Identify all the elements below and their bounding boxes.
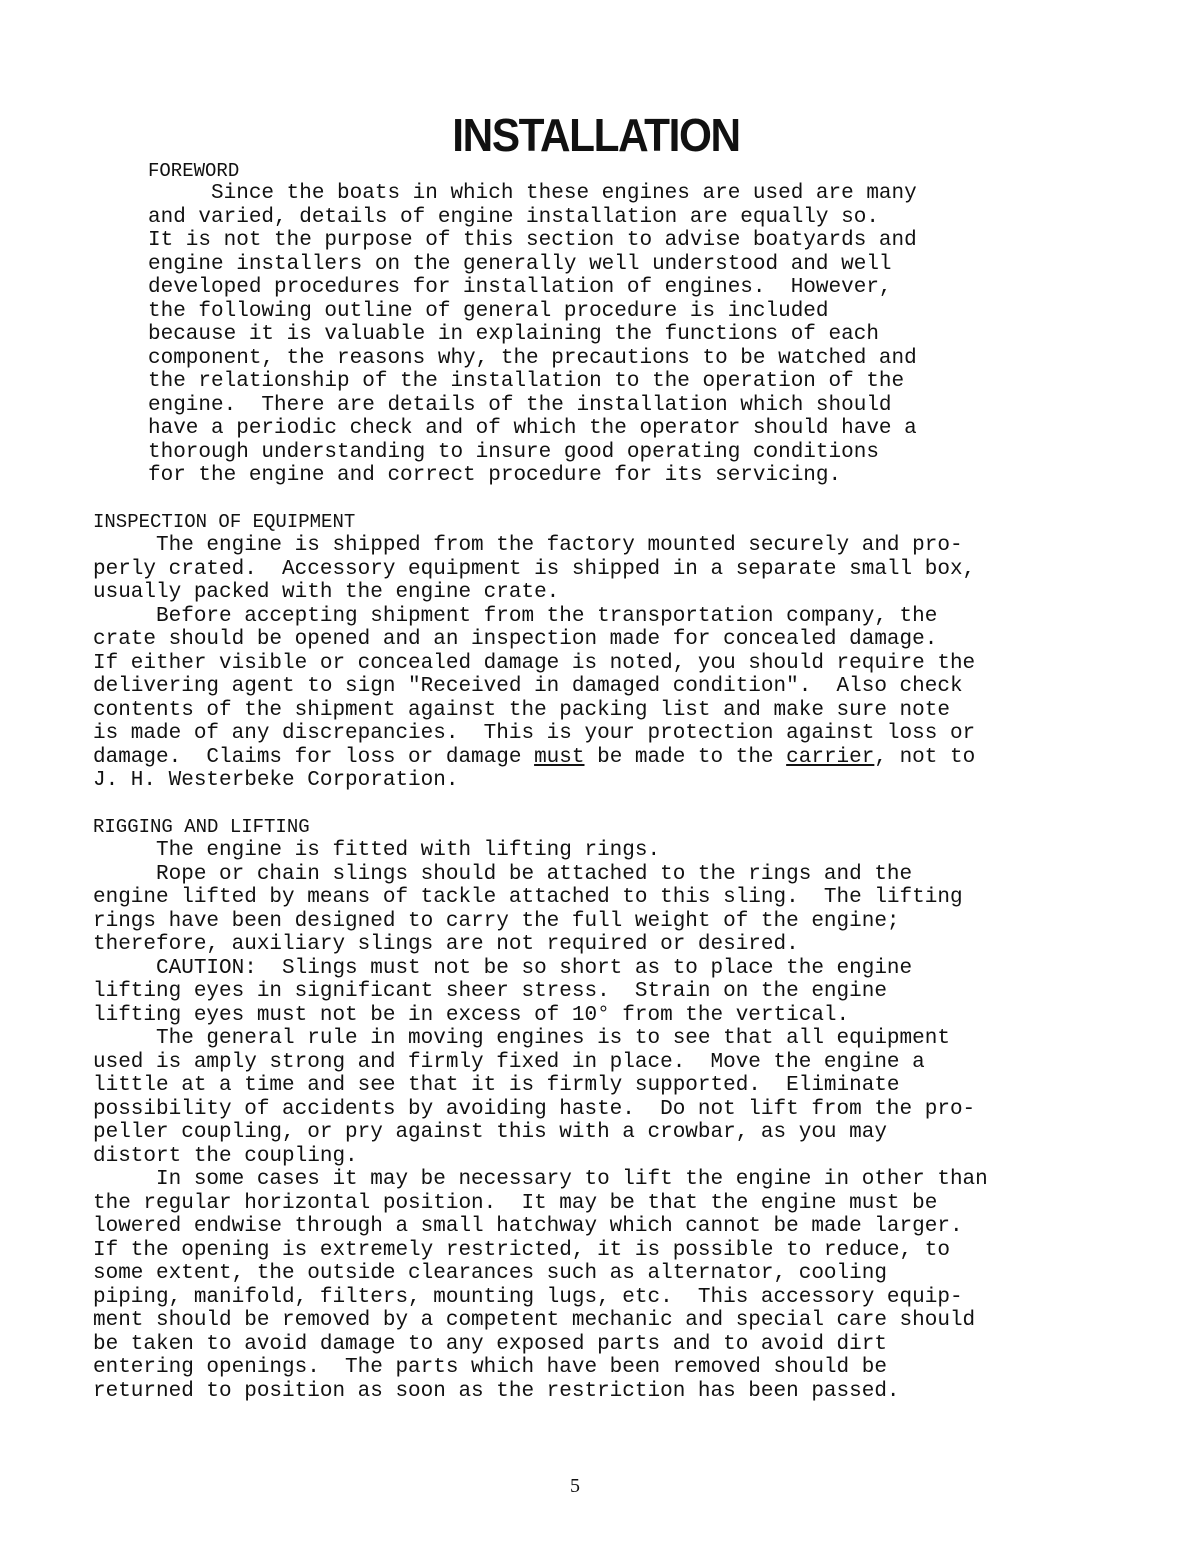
text-line: rings have been designed to carry the fu… [93, 910, 988, 934]
text-line: used is amply strong and firmly fixed in… [93, 1051, 988, 1075]
text-line: The general rule in moving engines is to… [93, 1027, 988, 1051]
emphasis-carrier: carrier [786, 746, 874, 769]
rigging-heading: RIGGING AND LIFTING [93, 816, 310, 838]
text-line: and varied, details of engine installati… [148, 206, 917, 230]
text-line: developed procedures for installation of… [148, 276, 917, 300]
text-line: engine lifted by means of tackle attache… [93, 886, 988, 910]
text-line: If the opening is extremely restricted, … [93, 1239, 988, 1263]
text-line: distort the coupling. [93, 1145, 988, 1169]
text-line: be taken to avoid damage to any exposed … [93, 1333, 988, 1357]
text-line: In some cases it may be necessary to lif… [93, 1168, 988, 1192]
text-line: contents of the shipment against the pac… [93, 699, 975, 723]
claims-line: damage. Claims for loss or damage must b… [93, 746, 975, 770]
text-line: entering openings. The parts which have … [93, 1356, 988, 1380]
text-line: have a periodic check and of which the o… [148, 417, 917, 441]
text-line: lifting eyes must not be in excess of 10… [93, 1004, 988, 1028]
text-line: crate should be opened and an inspection… [93, 628, 975, 652]
text-line: Before accepting shipment from the trans… [93, 605, 975, 629]
text-line: the relationship of the installation to … [148, 370, 917, 394]
text-line: for the engine and correct procedure for… [148, 464, 917, 488]
text-line: Rope or chain slings should be attached … [93, 863, 988, 887]
text-line: lowered endwise through a small hatchway… [93, 1215, 988, 1239]
text-line: returned to position as soon as the rest… [93, 1380, 988, 1404]
foreword-body: Since the boats in which these engines a… [148, 182, 917, 488]
text-line: delivering agent to sign "Received in da… [93, 675, 975, 699]
text-line: peller coupling, or pry against this wit… [93, 1121, 988, 1145]
emphasis-must: must [534, 746, 584, 769]
text-line: CAUTION: Slings must not be so short as … [93, 957, 988, 981]
page-number: 5 [0, 1475, 1150, 1498]
text-line: The engine is shipped from the factory m… [93, 534, 975, 558]
text-line: perly crated. Accessory equipment is shi… [93, 558, 975, 582]
text-line: It is not the purpose of this section to… [148, 229, 917, 253]
text-line: ment should be removed by a competent me… [93, 1309, 988, 1333]
text-line: component, the reasons why, the precauti… [148, 347, 917, 371]
text-line: therefore, auxiliary slings are not requ… [93, 933, 988, 957]
text-line: J. H. Westerbeke Corporation. [93, 769, 975, 793]
text-line: little at a time and see that it is firm… [93, 1074, 988, 1098]
text-line: the regular horizontal position. It may … [93, 1192, 988, 1216]
text-line: lifting eyes in significant sheer stress… [93, 980, 988, 1004]
text-line: because it is valuable in explaining the… [148, 323, 917, 347]
text-line: If either visible or concealed damage is… [93, 652, 975, 676]
text-line: is made of any discrepancies. This is yo… [93, 722, 975, 746]
text-line: thorough understanding to insure good op… [148, 441, 917, 465]
text-line: The engine is fitted with lifting rings. [93, 839, 988, 863]
text-line: Since the boats in which these engines a… [148, 182, 917, 206]
text-line: some extent, the outside clearances such… [93, 1262, 988, 1286]
inspection-heading: INSPECTION OF EQUIPMENT [93, 511, 355, 533]
foreword-heading: FOREWORD [148, 160, 239, 182]
text-line: usually packed with the engine crate. [93, 581, 975, 605]
rigging-body: The engine is fitted with lifting rings.… [93, 839, 988, 1403]
text-line: possibility of accidents by avoiding has… [93, 1098, 988, 1122]
text-line: the following outline of general procedu… [148, 300, 917, 324]
inspection-body: The engine is shipped from the factory m… [93, 534, 975, 793]
page-title: INSTALLATION [48, 108, 1145, 162]
text-line: engine installers on the generally well … [148, 253, 917, 277]
text-line: engine. There are details of the install… [148, 394, 917, 418]
text-line: piping, manifold, filters, mounting lugs… [93, 1286, 988, 1310]
